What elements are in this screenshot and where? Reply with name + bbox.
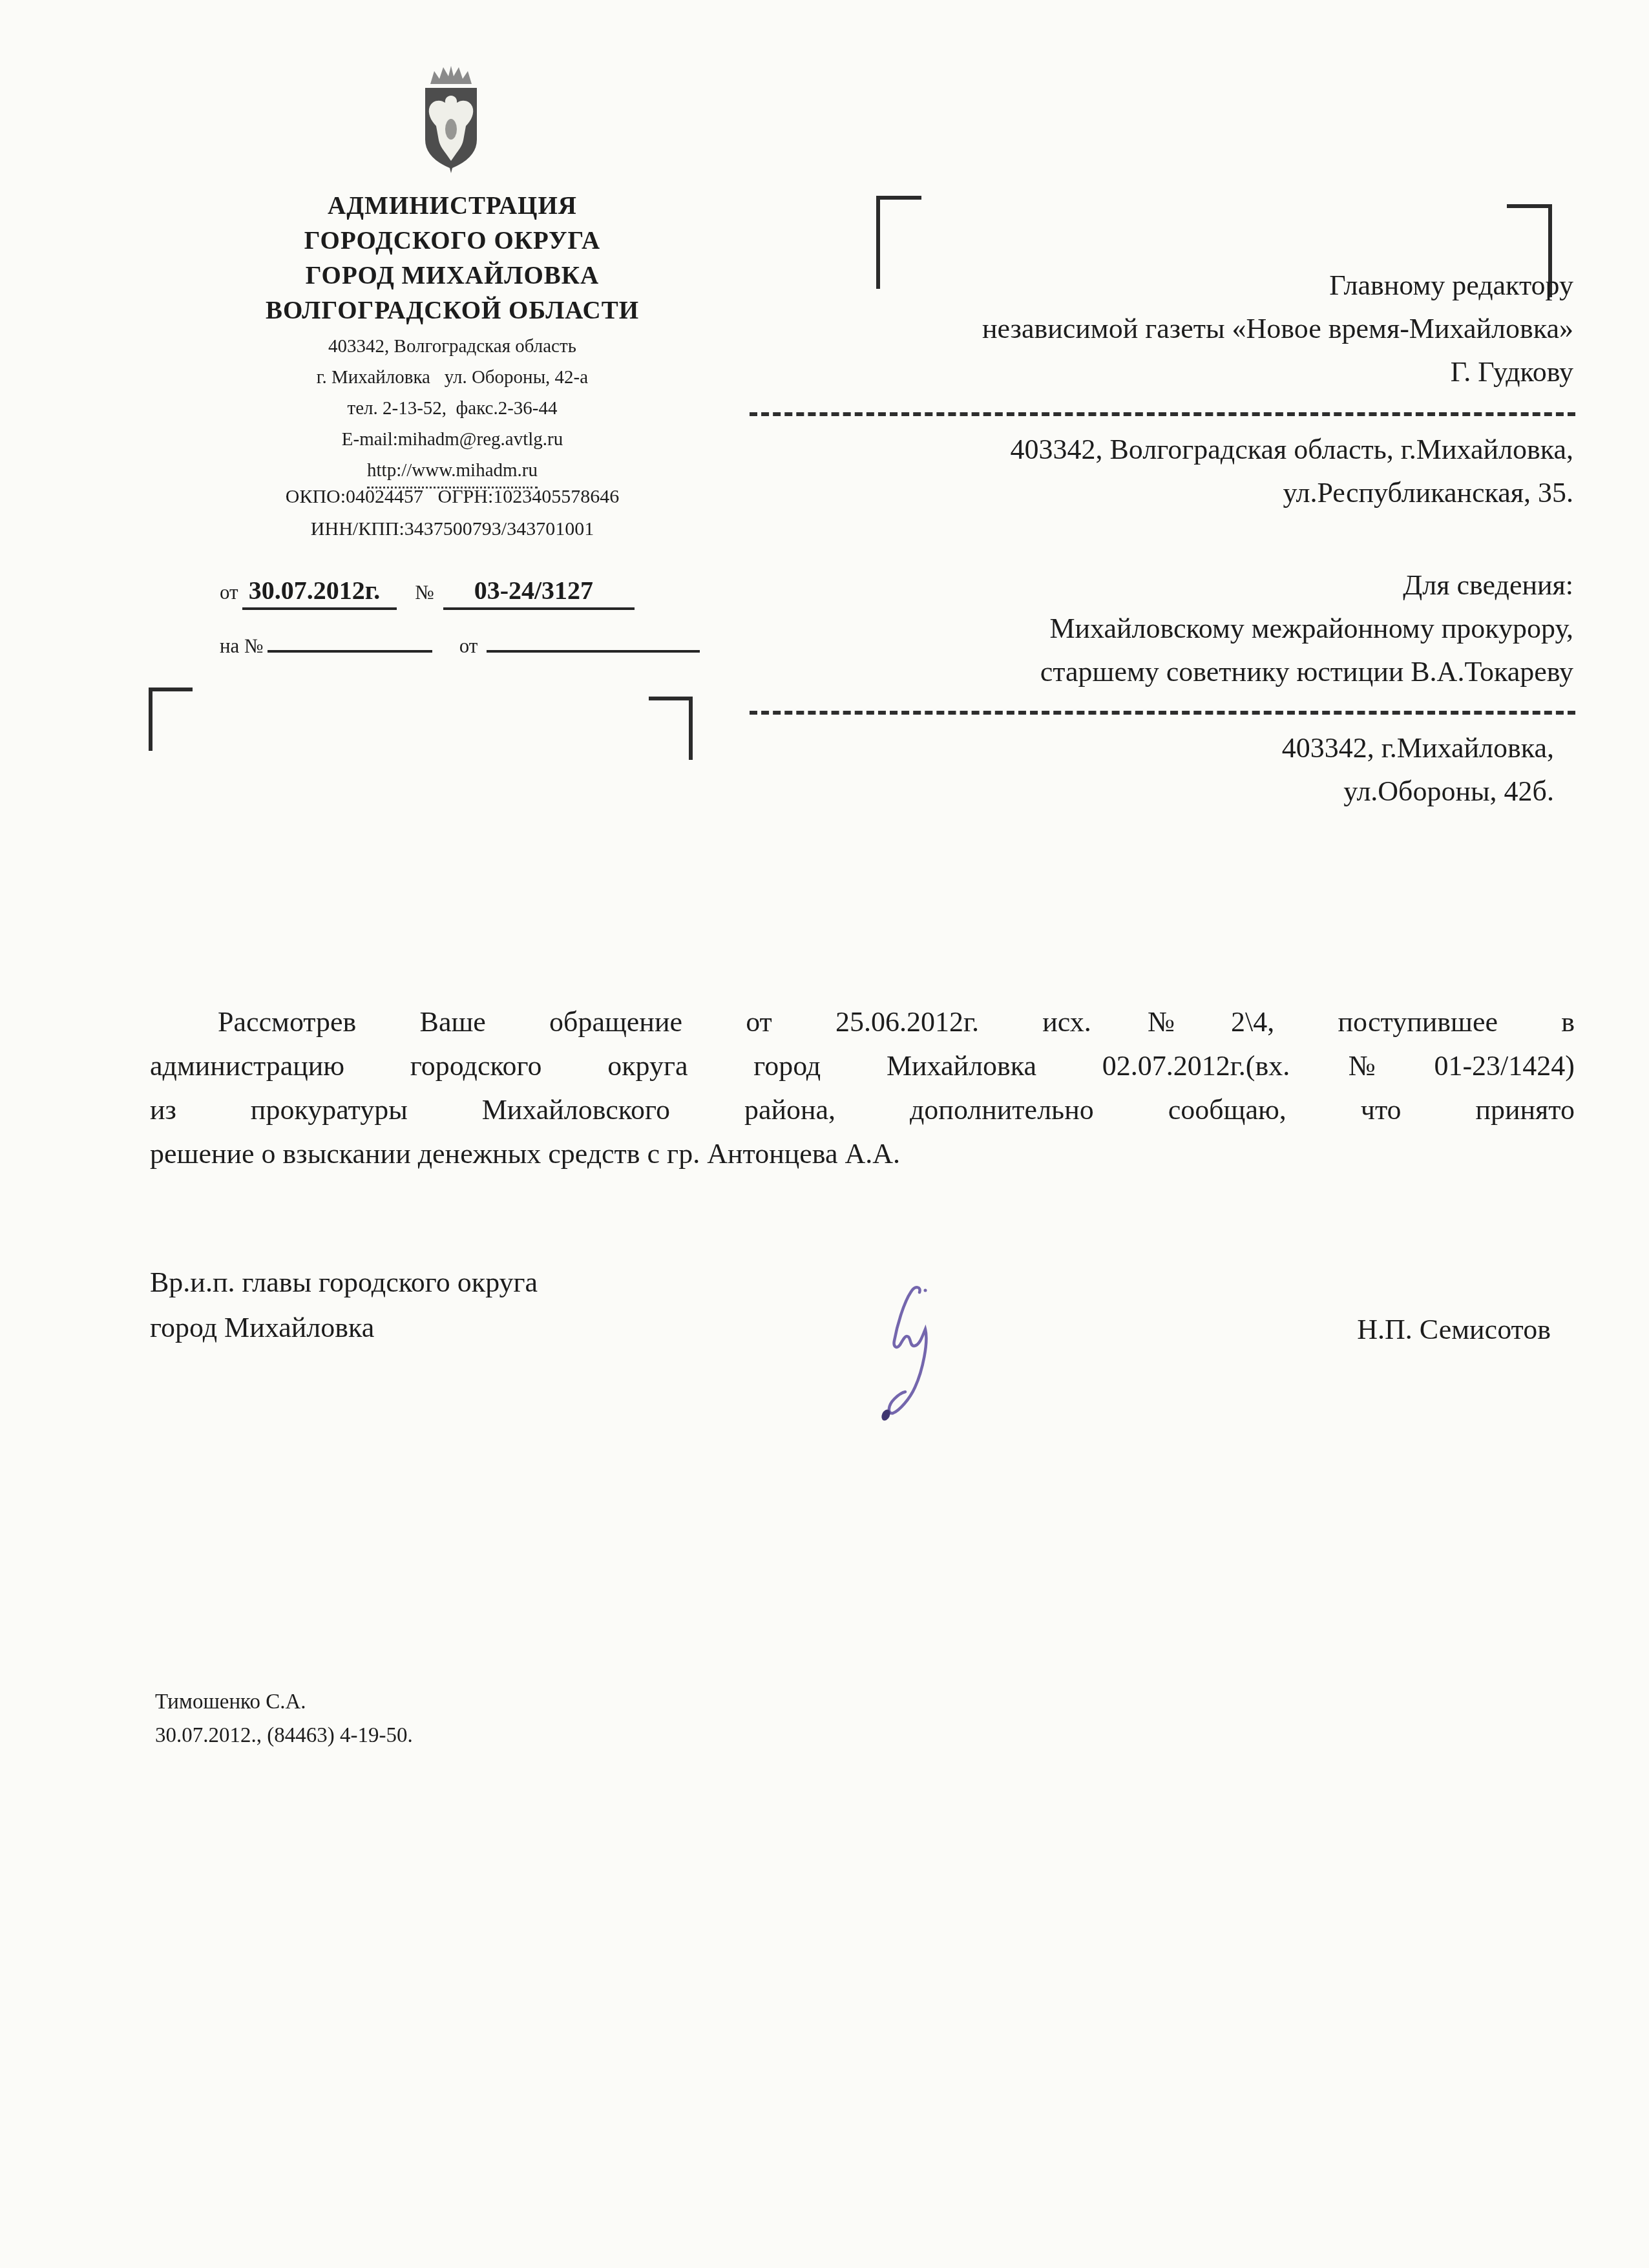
recipient-address-line: 403342, г.Михайловка, — [727, 726, 1554, 770]
divider-dashed — [750, 711, 1575, 715]
org-name-line: ВОЛГОГРАДСКОЙ ОБЛАСТИ — [155, 293, 750, 328]
recipient-prosecutor-block: Для сведения: Михайловскому межрайонному… — [746, 563, 1573, 693]
handwritten-signature — [866, 1283, 956, 1438]
recipient-editor-block: Главному редактору независимой газеты «Н… — [746, 264, 1573, 394]
ot2-label: от — [459, 635, 478, 658]
recipient-line: Для сведения: — [746, 563, 1573, 607]
outgoing-ref-row: от 30.07.2012г. № 03-24/3127 — [220, 575, 635, 610]
incoming-number-blank — [268, 650, 432, 653]
signer-title: Вр.и.п. главы городского округа город Ми… — [150, 1260, 731, 1350]
eagle-body-detail — [445, 119, 457, 140]
number-sign-label: № — [415, 581, 434, 604]
recipient-line: Главному редактору — [746, 264, 1573, 307]
recipient-address-line: ул.Республиканская, 35. — [746, 471, 1573, 514]
executor-name: Тимошенко С.А. — [155, 1685, 737, 1719]
address-line: тел. 2-13-52, факс.2-36-44 — [155, 393, 750, 424]
executor-footer: Тимошенко С.А. 30.07.2012., (84463) 4-19… — [155, 1685, 737, 1752]
executor-contact: 30.07.2012., (84463) 4-19-50. — [155, 1719, 737, 1752]
signature-pen-dot — [924, 1289, 927, 1292]
corner-mark — [649, 697, 693, 760]
letterhead-address: 403342, Волгоградская область г. Михайло… — [155, 331, 750, 488]
coat-of-arms — [406, 62, 496, 178]
incoming-ref-row: на № от — [220, 635, 700, 658]
divider-dashed — [750, 412, 1575, 416]
org-name-line: ГОРОД МИХАЙЛОВКА — [155, 258, 750, 293]
org-name: АДМИНИСТРАЦИЯ ГОРОДСКОГО ОКРУГА ГОРОД МИ… — [155, 189, 750, 328]
recipient-line: старшему советнику юстиции В.А.Токареву — [746, 650, 1573, 693]
inn-kpp-line: ИНН/КПП:3437500793/343701001 — [155, 513, 750, 545]
body-paragraph: Рассмотрев Ваше обращение от 25.06.2012г… — [150, 1000, 1575, 1176]
signer-title-line: Вр.и.п. главы городского округа — [150, 1260, 731, 1305]
recipient-line: Г. Гудкову — [746, 350, 1573, 394]
recipient-editor-address: 403342, Волгоградская область, г.Михайло… — [746, 428, 1573, 514]
signer-name: Н.П. Семисотов — [1228, 1313, 1551, 1346]
okpo-ogrn-line: ОКПО:04024457 ОГРН:1023405578646 — [155, 481, 750, 513]
org-name-line: ГОРОДСКОГО ОКРУГА — [155, 224, 750, 258]
recipient-line: Михайловскому межрайонному прокурору, — [746, 607, 1573, 650]
ot-label: от — [220, 581, 238, 604]
signature-stroke — [889, 1287, 927, 1413]
recipient-prosecutor-address: 403342, г.Михайловка, ул.Обороны, 42б. — [727, 726, 1573, 813]
address-line: г. Михайловка ул. Обороны, 42-а — [155, 362, 750, 393]
na-number-label: на № — [220, 635, 264, 658]
recipient-line: независимой газеты «Новое время-Михайлов… — [746, 307, 1573, 350]
recipient-address-line: ул.Обороны, 42б. — [727, 770, 1554, 813]
address-line: 403342, Волгоградская область — [155, 331, 750, 362]
body-line: решение о взыскании денежных средств с г… — [150, 1132, 1575, 1176]
outgoing-number: 03-24/3127 — [443, 575, 635, 610]
org-name-line: АДМИНИСТРАЦИЯ — [155, 189, 750, 224]
body-line: Рассмотрев Ваше обращение от 25.06.2012г… — [150, 1000, 1575, 1044]
email-line: E-mail:mihadm@reg.avtlg.ru — [155, 424, 750, 455]
crown-icon — [430, 66, 472, 84]
corner-mark — [149, 688, 193, 751]
signer-title-line: город Михайловка — [150, 1305, 731, 1350]
registry-codes: ОКПО:04024457 ОГРН:1023405578646 ИНН/КПП… — [155, 481, 750, 545]
scanned-letter-page: АДМИНИСТРАЦИЯ ГОРОДСКОГО ОКРУГА ГОРОД МИ… — [0, 0, 1649, 2268]
outgoing-date: 30.07.2012г. — [242, 575, 397, 610]
incoming-date-blank — [487, 650, 700, 653]
body-line: из прокуратуры Михайловского района, доп… — [150, 1088, 1575, 1132]
body-line: администрацию городского округа город Ми… — [150, 1044, 1575, 1088]
recipient-address-line: 403342, Волгоградская область, г.Михайло… — [746, 428, 1573, 471]
